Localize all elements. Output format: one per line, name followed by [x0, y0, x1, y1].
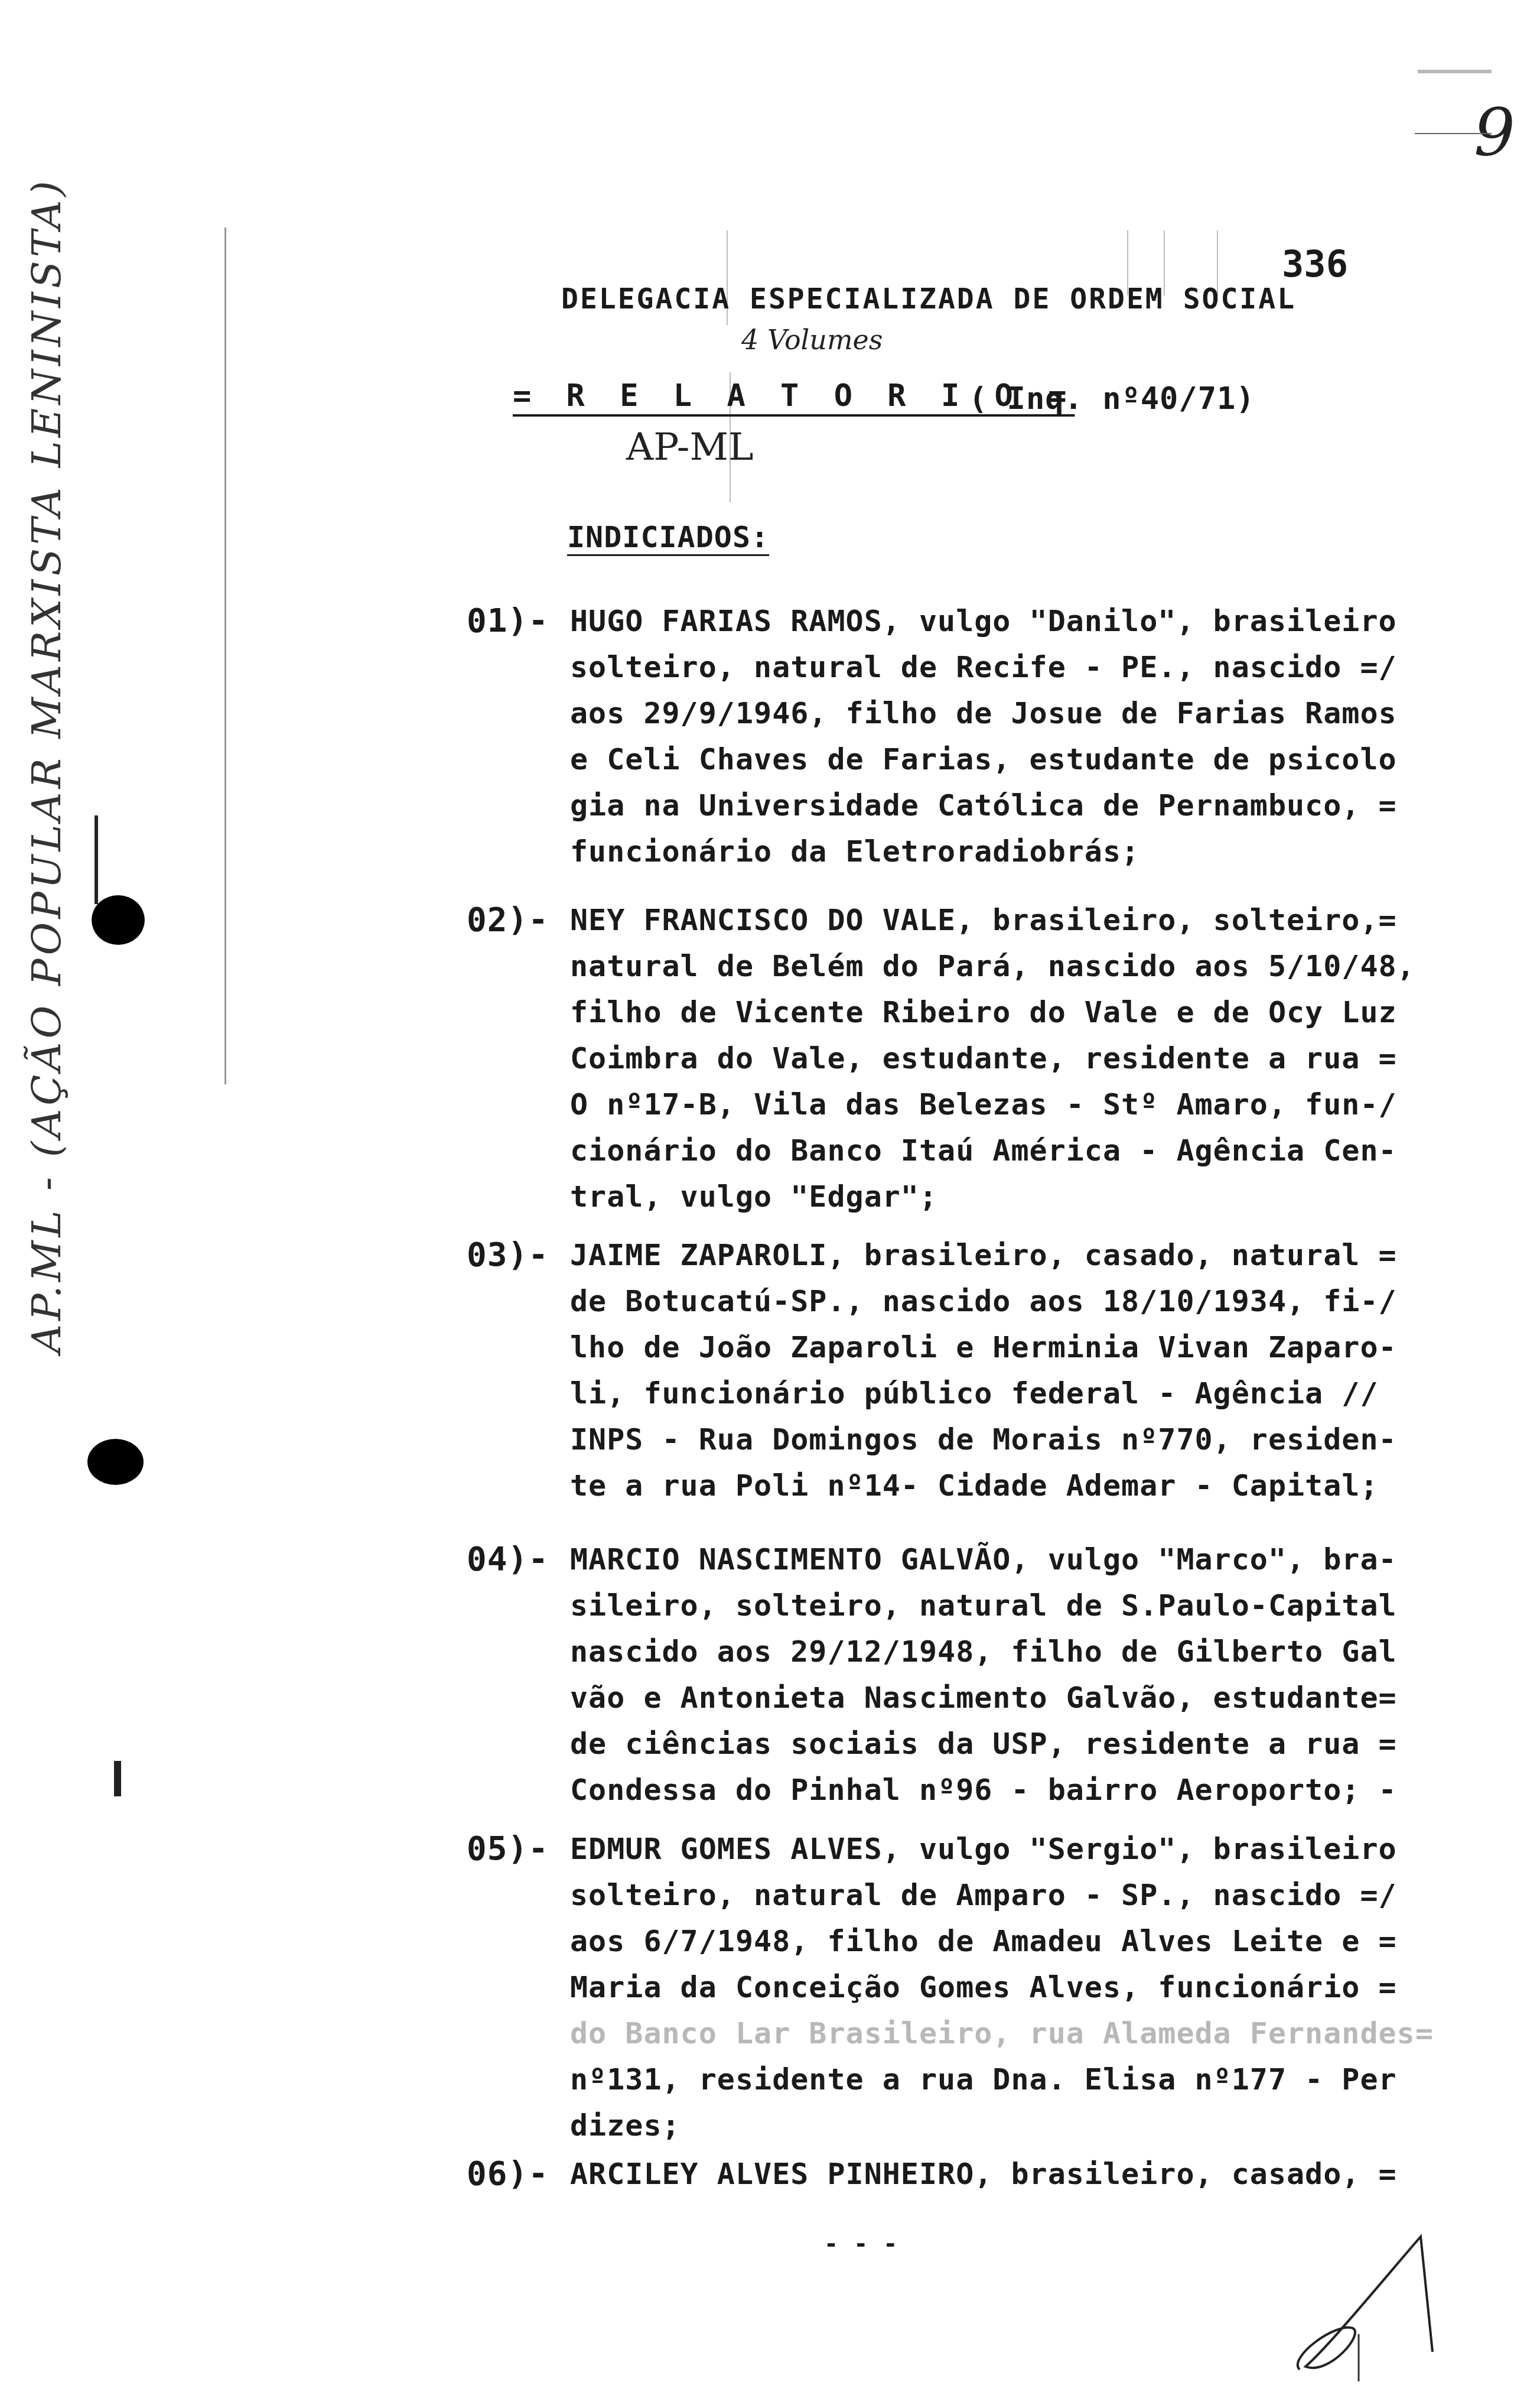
item-text-line: li, funcionário público federal - Agênci…: [570, 1370, 1397, 1416]
item-text-line: ARCILEY ALVES PINHEIRO, brasileiro, casa…: [570, 2151, 1397, 2197]
item-text-line: aos 29/9/1946, filho de Josue de Farias …: [570, 690, 1397, 736]
item-text-line: solteiro, natural de Amparo - SP., nasci…: [570, 1872, 1434, 1918]
stamp-number: 336: [1282, 242, 1348, 285]
item-text: JAIME ZAPAROLI, brasileiro, casado, natu…: [570, 1232, 1397, 1509]
item-text-line: sileiro, solteiro, natural de S.Paulo-Ca…: [570, 1582, 1397, 1629]
scan-smudge: [1418, 70, 1492, 73]
item-text-line: do Banco Lar Brasileiro, rua Alameda Fer…: [570, 2010, 1434, 2056]
item-number: 01)-: [467, 598, 570, 644]
margin-note: AP.ML - (AÇÃO POPULAR MARXISTA LENINISTA…: [24, 177, 70, 1353]
page-number: 9: [1474, 95, 1515, 170]
binding-mark: [114, 1761, 121, 1796]
binding-mark: [95, 815, 98, 904]
item-number: 04)-: [467, 1536, 570, 1582]
item-text-line: Maria da Conceição Gomes Alves, funcioná…: [570, 1964, 1434, 2010]
item-text: EDMUR GOMES ALVES, vulgo "Sergio", brasi…: [570, 1826, 1434, 2149]
item-text-line: JAIME ZAPAROLI, brasileiro, casado, natu…: [570, 1232, 1397, 1278]
item-text: NEY FRANCISCO DO VALE, brasileiro, solte…: [570, 897, 1415, 1220]
item-text-line: vão e Antonieta Nascimento Galvão, estud…: [570, 1675, 1397, 1721]
item-number: 05)-: [467, 1826, 570, 1872]
item-text-line: aos 6/7/1948, filho de Amadeu Alves Leit…: [570, 1918, 1434, 1964]
item-text-line: cionário do Banco Itaú América - Agência…: [570, 1127, 1415, 1174]
item-text-line: Coimbra do Vale, estudante, residente a …: [570, 1035, 1415, 1081]
handwritten-organization: AP-ML: [626, 425, 753, 469]
handwritten-volumes: 4 Volumes: [741, 324, 883, 356]
item-text-line: de Botucatú-SP., nascido aos 18/10/1934,…: [570, 1278, 1397, 1324]
item-text-line: funcionário da Eletroradiobrás;: [570, 828, 1397, 875]
item-text-line: HUGO FARIAS RAMOS, vulgo "Danilo", brasi…: [570, 598, 1397, 644]
item-text-line: e Celi Chaves de Farias, estudante de ps…: [570, 736, 1397, 782]
item-number: 03)-: [467, 1232, 570, 1278]
page-number-underline: [1415, 133, 1492, 134]
continuation-marker: - - -: [824, 2231, 898, 2258]
item-text-line: filho de Vicente Ribeiro do Vale e de Oc…: [570, 989, 1415, 1035]
item-text-line: NEY FRANCISCO DO VALE, brasileiro, solte…: [570, 897, 1415, 943]
item-text-line: te a rua Poli nº14- Cidade Ademar - Capi…: [570, 1462, 1397, 1509]
section-label: INDICIADOS:: [567, 520, 769, 554]
item-text-line: dizes;: [570, 2102, 1434, 2149]
item-text-line: INPS - Rua Domingos de Morais nº770, res…: [570, 1416, 1397, 1462]
item-text: MARCIO NASCIMENTO GALVÃO, vulgo "Marco",…: [570, 1536, 1397, 1813]
item-text-line: solteiro, natural de Recife - PE., nasci…: [570, 644, 1397, 690]
item-text-line: MARCIO NASCIMENTO GALVÃO, vulgo "Marco",…: [570, 1536, 1397, 1582]
item-text-line: Condessa do Pinhal nº96 - bairro Aeropor…: [570, 1767, 1397, 1813]
item-text: HUGO FARIAS RAMOS, vulgo "Danilo", brasi…: [570, 598, 1397, 875]
punch-hole: [92, 895, 145, 945]
item-text-line: lho de João Zaparoli e Herminia Vivan Za…: [570, 1324, 1397, 1370]
signature-initials: [1264, 2210, 1465, 2387]
item-number: 02)-: [467, 897, 570, 943]
item-text-line: de ciências sociais da USP, residente a …: [570, 1721, 1397, 1767]
copy-artifact-line: [224, 227, 226, 1084]
item-text-line: nascido aos 29/12/1948, filho de Gilbert…: [570, 1629, 1397, 1675]
item-text-line: EDMUR GOMES ALVES, vulgo "Sergio", brasi…: [570, 1826, 1434, 1872]
inquiry-reference: ( Inq. nº40/71): [969, 381, 1255, 417]
agency-heading: DELEGACIA ESPECIALIZADA DE ORDEM SOCIAL: [561, 282, 1296, 316]
item-text-line: tral, vulgo "Edgar";: [570, 1174, 1415, 1220]
punch-hole: [87, 1439, 144, 1485]
item-text: ARCILEY ALVES PINHEIRO, brasileiro, casa…: [570, 2151, 1397, 2197]
item-text-line: natural de Belém do Pará, nascido aos 5/…: [570, 943, 1415, 989]
item-text-line: O nº17-B, Vila das Belezas - Stº Amaro, …: [570, 1081, 1415, 1127]
item-number: 06)-: [467, 2151, 570, 2197]
item-text-line: gia na Universidade Católica de Pernambu…: [570, 782, 1397, 828]
item-text-line: nº131, residente a rua Dna. Elisa nº177 …: [570, 2056, 1434, 2102]
